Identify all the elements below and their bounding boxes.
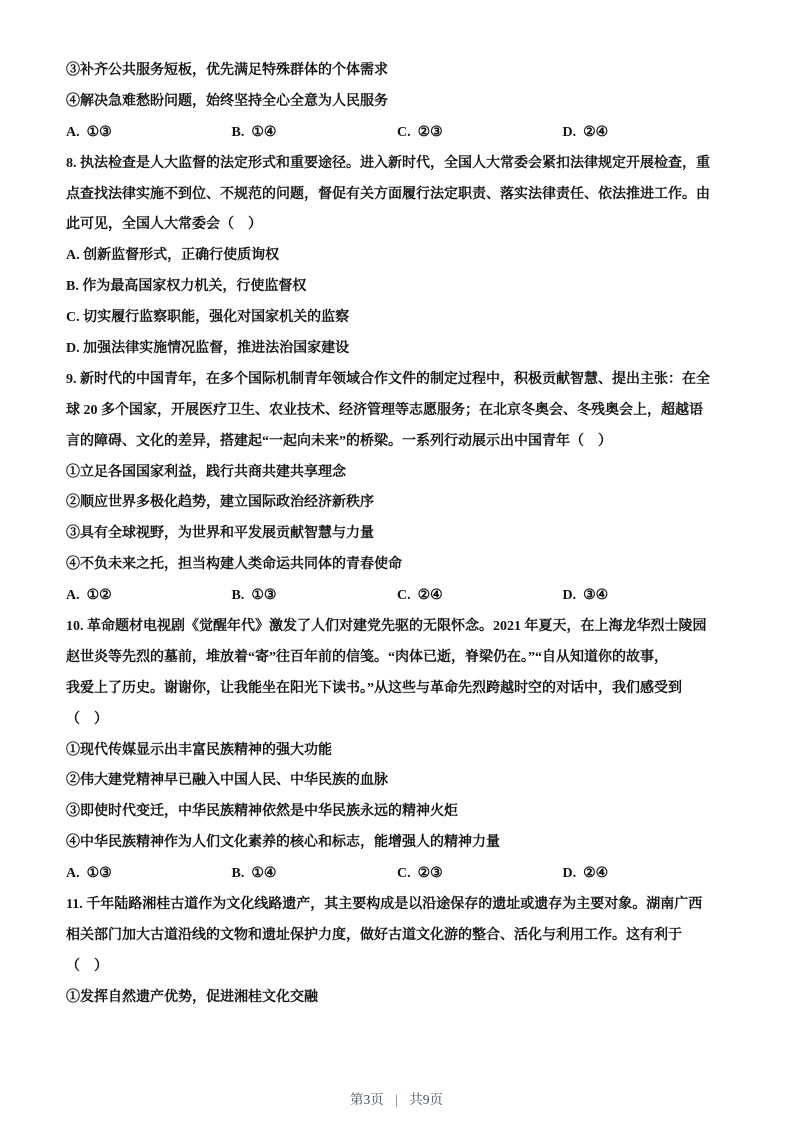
question-9-choice-3: ③具有全球视野，为世界和平发展贡献智慧与力量 — [66, 519, 728, 550]
question-10-options-c: C. ②③ — [397, 859, 563, 890]
footer-separator: | — [395, 1092, 398, 1107]
question-8-stem-line-2: 点查找法律实施不到位、不规范的问题，督促有关方面履行法定职责、落实法律责任、依法… — [66, 180, 728, 211]
question-7-options-a: A. ①③ — [66, 118, 232, 149]
page-footer: 第3页 | 共9页 — [0, 1088, 793, 1108]
question-10-choice-2: ②伟大建党精神早已融入中国人民、中华民族的血脉 — [66, 766, 728, 797]
question-7-options-b: B. ①④ — [232, 118, 398, 149]
question-9-stem-line-2: 球 20 多个国家，开展医疗卫生、农业技术、经济管理等志愿服务；在北京冬奥会、冬… — [66, 396, 728, 427]
question-7-options-c: C. ②③ — [397, 118, 563, 149]
question-11-stem-line-3: （ ） — [66, 952, 728, 983]
question-11-stem-line-2: 相关部门加大古道沿线的文物和遗址保护力度，做好古道文化游的整合、活化与利用工作。… — [66, 921, 728, 952]
question-8-option-b: B. 作为最高国家权力机关，行使监督权 — [66, 272, 728, 303]
question-7-options-d: D. ②④ — [563, 118, 729, 149]
exam-document-page: ③补齐公共服务短板，优先满足特殊群体的个体需求④解决急难愁盼问题，始终坚持全心全… — [0, 0, 793, 1122]
question-9-options-d: D. ③④ — [563, 581, 729, 612]
question-9-choice-1: ①立足各国国家利益，践行共商共建共享理念 — [66, 458, 728, 489]
question-8-stem-line-3: 此可见，全国人大常委会（ ） — [66, 210, 728, 241]
question-8-option-c: C. 切实履行监察职能，强化对国家机关的监察 — [66, 303, 728, 334]
question-9-options-c: C. ②④ — [397, 581, 563, 612]
footer-total-pages: 共9页 — [409, 1092, 443, 1107]
question-9-choice-2: ②顺应世界多极化趋势，建立国际政治经济新秩序 — [66, 488, 728, 519]
question-10-choice-4: ④中华民族精神作为人们文化素养的核心和标志，能增强人的精神力量 — [66, 828, 728, 859]
footer-current-page: 第3页 — [350, 1092, 384, 1107]
exam-content: ③补齐公共服务短板，优先满足特殊群体的个体需求④解决急难愁盼问题，始终坚持全心全… — [66, 56, 728, 1014]
question-10-options-b: B. ①④ — [232, 859, 398, 890]
question-7-choice-4: ④解决急难愁盼问题，始终坚持全心全意为人民服务 — [66, 87, 728, 118]
question-10-stem-line-3: 我爱上了历史。谢谢你，让我能坐在阳光下读书。”从这些与革命先烈跨越时空的对话中，… — [66, 674, 728, 705]
question-10-choice-1: ①现代传媒显示出丰富民族精神的强大功能 — [66, 736, 728, 767]
question-10-options-a: A. ①③ — [66, 859, 232, 890]
question-7-choice-3: ③补齐公共服务短板，优先满足特殊群体的个体需求 — [66, 56, 728, 87]
question-11-choice-1: ①发挥自然遗产优势，促进湘桂文化交融 — [66, 983, 728, 1014]
question-9-options-b: B. ①③ — [232, 581, 398, 612]
question-8-stem-line-1: 8. 执法检查是人大监督的法定形式和重要途径。进入新时代，全国人大常委会紧扣法律… — [66, 149, 728, 180]
question-9-stem-line-3: 言的障碍、文化的差异，搭建起“一起向未来”的桥梁。一系列行动展示出中国青年（ ） — [66, 427, 728, 458]
question-9-stem-line-1: 9. 新时代的中国青年，在多个国际机制青年领域合作文件的制定过程中，积极贡献智慧… — [66, 365, 728, 396]
question-10-stem-line-4: （ ） — [66, 705, 728, 736]
question-10-stem-line-2: 赵世炎等先烈的墓前，堆放着“寄”往百年前的信笺。“肉体已逝，脊梁仍在。”“自从知… — [66, 643, 728, 674]
question-9-options-a: A. ①② — [66, 581, 232, 612]
question-9-choice-4: ④不负未来之托，担当构建人类命运共同体的青春使命 — [66, 550, 728, 581]
question-10-options-d: D. ②④ — [563, 859, 729, 890]
question-10-options: A. ①③B. ①④C. ②③D. ②④ — [66, 859, 728, 890]
question-9-options: A. ①②B. ①③C. ②④D. ③④ — [66, 581, 728, 612]
question-7-options: A. ①③B. ①④C. ②③D. ②④ — [66, 118, 728, 149]
question-8-option-a: A. 创新监督形式，正确行使质询权 — [66, 241, 728, 272]
question-10-choice-3: ③即使时代变迁，中华民族精神依然是中华民族永远的精神火炬 — [66, 797, 728, 828]
question-10-stem-line-1: 10. 革命题材电视剧《觉醒年代》激发了人们对建党先驱的无限怀念。2021 年夏… — [66, 612, 728, 643]
question-8-option-d: D. 加强法律实施情况监督，推进法治国家建设 — [66, 334, 728, 365]
question-11-stem-line-1: 11. 千年陆路湘桂古道作为文化线路遗产，其主要构成是以沿途保存的遗址或遗存为主… — [66, 890, 728, 921]
